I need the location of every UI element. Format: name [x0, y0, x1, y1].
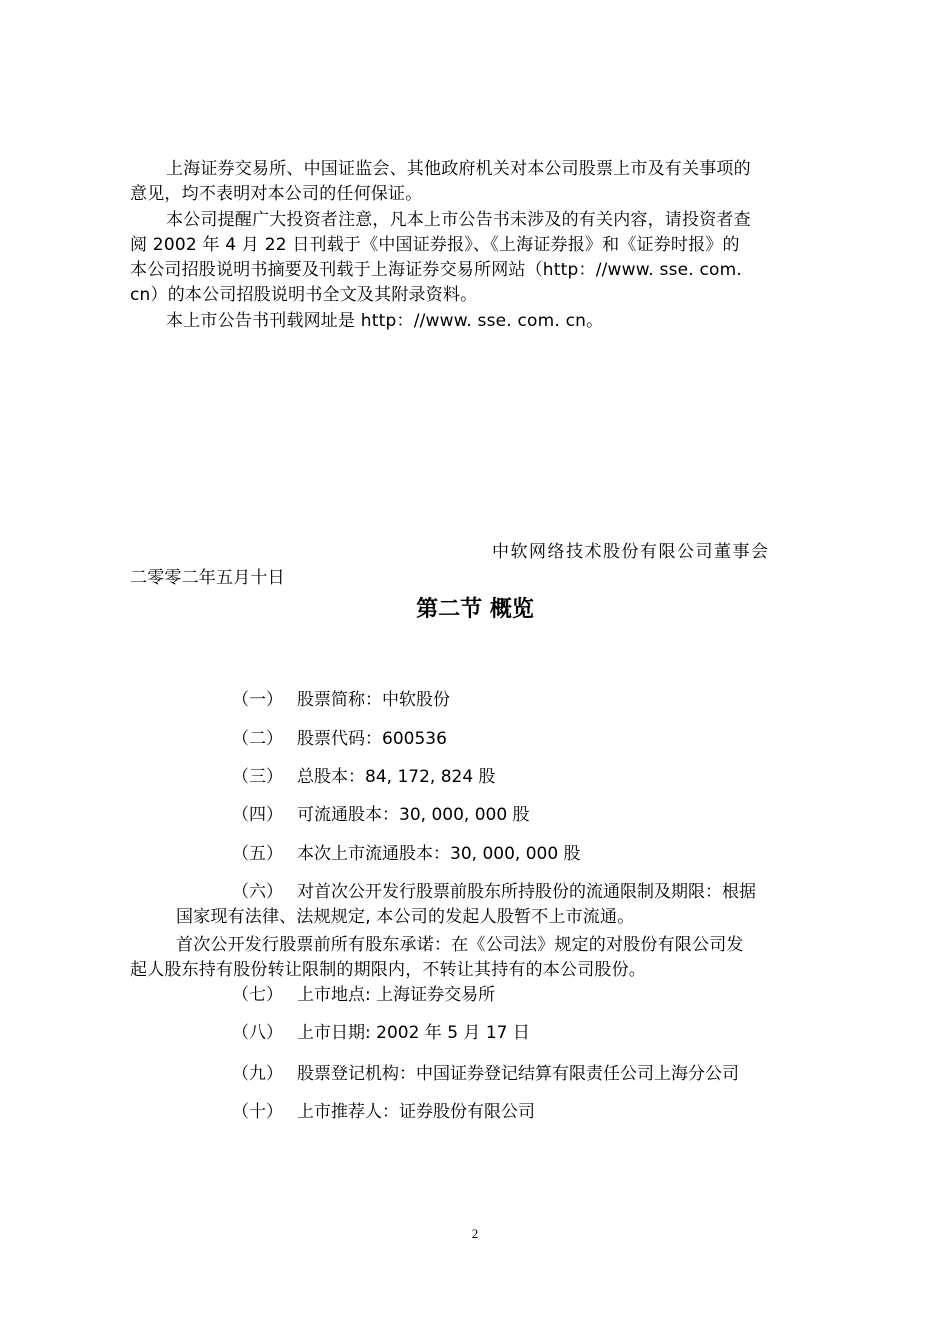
item-text: 可流通股本：30, 000, 000 股: [297, 803, 530, 827]
commitment-line2: 起人股东持有股份转让限制的期限内，不转让其持有的本公司股份。: [130, 958, 646, 982]
signature-date: 二零零二年五月十日: [130, 566, 285, 590]
item-text: 上市推荐人：证券股份有限公司: [297, 1100, 535, 1124]
item-text: 股票简称：中软股份: [297, 688, 450, 712]
item-text: 总股本：84, 172, 824 股: [297, 765, 496, 789]
item-number: （十）: [232, 1100, 283, 1124]
paragraph-url: 本上市公告书刊载网址是 http：//www. sse. com. cn。: [166, 309, 603, 333]
item-number: （九）: [232, 1062, 283, 1086]
item-text: 本次上市流通股本：30, 000, 000 股: [297, 842, 581, 866]
item-number: （五）: [232, 842, 283, 866]
item6-continuation: 国家现有法律、法规规定, 本公司的发起人股暂不上市流通。: [176, 905, 634, 929]
item-text: 上市地点: 上海证券交易所: [297, 983, 495, 1007]
paragraph-notice-line2: 阅 2002 年 4 月 22 日刊载于《中国证券报》、《上海证券报》和《证券时…: [130, 233, 740, 257]
item-text: 上市日期: 2002 年 5 月 17 日: [297, 1021, 530, 1045]
item-text: 对首次公开发行股票前股东所持股份的流通限制及期限：根据: [297, 880, 756, 904]
item-number: （七）: [232, 983, 283, 1007]
item-number: （四）: [232, 803, 283, 827]
item-number: （六）: [232, 880, 283, 904]
paragraph-notice-line3: 本公司招股说明书摘要及刊载于上海证券交易所网站（http：//www. sse.…: [130, 258, 742, 282]
item-number: （一）: [232, 688, 283, 712]
item-text: 股票代码：600536: [297, 727, 447, 751]
paragraph-notice-line1: 本公司提醒广大投资者注意，凡本上市公告书未涉及的有关内容，请投资者查: [166, 208, 751, 232]
item-number: （二）: [232, 727, 283, 751]
page-number: 2: [0, 1226, 950, 1242]
paragraph-disclaimer-line2: 意见，均不表明对本公司的任何保证。: [130, 182, 422, 206]
commitment-line1: 首次公开发行股票前所有股东承诺：在《公司法》规定的对股份有限公司发: [176, 933, 744, 957]
document-page: 上海证券交易所、中国证监会、其他政府机关对本公司股票上市及有关事项的 意见，均不…: [0, 0, 950, 1342]
paragraph-disclaimer-line1: 上海证券交易所、中国证监会、其他政府机关对本公司股票上市及有关事项的: [166, 157, 751, 181]
item-number: （三）: [232, 765, 283, 789]
signature-company: 中软网络技术股份有限公司董事会: [492, 540, 770, 564]
item-number: （八）: [232, 1021, 283, 1045]
section-title: 第二节 概览: [0, 592, 950, 623]
paragraph-notice-line4: cn）的本公司招股说明书全文及其附录资料。: [130, 283, 477, 307]
item-text: 股票登记机构：中国证券登记结算有限责任公司上海分公司: [297, 1062, 739, 1086]
